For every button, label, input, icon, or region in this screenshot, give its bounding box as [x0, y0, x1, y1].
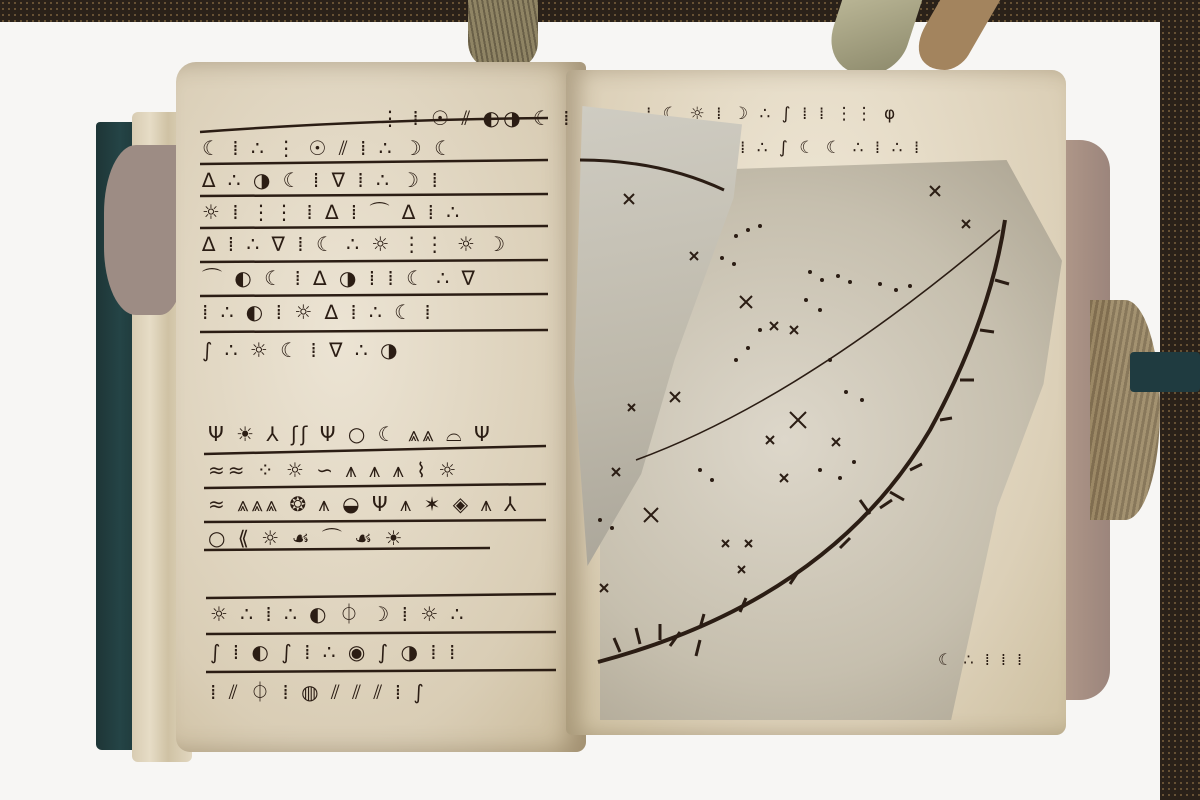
pictograph-row: ≈≈ ⁘ ☼ ∽ ⩚ ⩚ ⩚ ⌇ ☼	[208, 456, 459, 484]
glyph-row: ∆ ∴ ◑ ☾ ⁞ ∇ ⁞ ∴ ☽ ⁞	[202, 166, 441, 194]
right-margin-glyphs: ☾ ∴ ⁞ ⁞ ⁞	[938, 646, 1025, 674]
tassel	[468, 0, 538, 70]
glyph-row: ∫ ∴ ☼ ☾ ⁞ ∇ ∴ ◑	[202, 336, 400, 364]
manuscript-photo: ⋮ ⁞ ☉ ⫽ ◐◑ ☾ ⁞ ☾ ⁞ ∴ ⋮ ☉ ⫽ ⁞ ∴ ☽ ☾ ∆ ∴ ◑…	[0, 0, 1200, 800]
fringe-tassel	[1090, 300, 1160, 520]
glyph-row: ⁞ ∴ ◐ ⁞ ☼ ∆ ⁞ ∴ ☾ ⁞	[202, 298, 434, 326]
glyph-row: ⋮ ⁞ ☉ ⫽ ◐◑ ☾ ⁞	[380, 104, 573, 132]
glyph-row: ∫ ⁞ ◐ ∫ ⁞ ∴ ◉ ∫ ◑ ⁞ ⁞	[210, 638, 458, 666]
glyph-row: ⁞ ⫽ ⏀ ⁞ ◍ ⫽ ⫽ ⫽ ⁞ ∫	[210, 678, 427, 706]
glyph-row: ⌒ ◐ ☾ ⁞ ∆ ◑ ⁞ ⁞ ☾ ∴ ∇	[202, 264, 478, 292]
pictograph-row: Ψ ☀ ⅄ ʃʃ Ψ ○ ☾ ⩓⩓ ⌓ Ψ	[208, 420, 493, 448]
pictograph-row: ○ ⟪ ☼ ☙ ⌒ ☙ ☀	[208, 524, 405, 552]
glyph-row: ∆ ⁞ ∴ ∇ ⁞ ☾ ∴ ☼ ⋮⋮ ☼ ☽	[202, 230, 508, 258]
glyph-row: ⁞ ∴ ∫ ☾ ☾ ∴ ⁞ ∴ ⁞	[740, 134, 922, 162]
torn-page-patch	[104, 145, 184, 315]
dark-cloth-top	[0, 0, 1200, 22]
glyph-row: ☼ ⁞ ⋮⋮ ⁞ ∆ ⁞ ⌒ ∆ ⁞ ∴	[202, 198, 462, 226]
glyph-row: ☼ ∴ ⁞ ∴ ◐ ⏀ ☽ ⁞ ☼ ∴	[210, 600, 466, 628]
closure-strap	[1130, 352, 1200, 392]
dark-cloth-right	[1160, 0, 1200, 800]
pictograph-row: ≈ ⩓⩓⩓ ❂ ⩚ ◒ Ψ ⩚ ✶ ◈ ⩚ ⅄	[208, 490, 519, 518]
glyph-row: ☾ ⁞ ∴ ⋮ ☉ ⫽ ⁞ ∴ ☽ ☾	[202, 134, 455, 162]
